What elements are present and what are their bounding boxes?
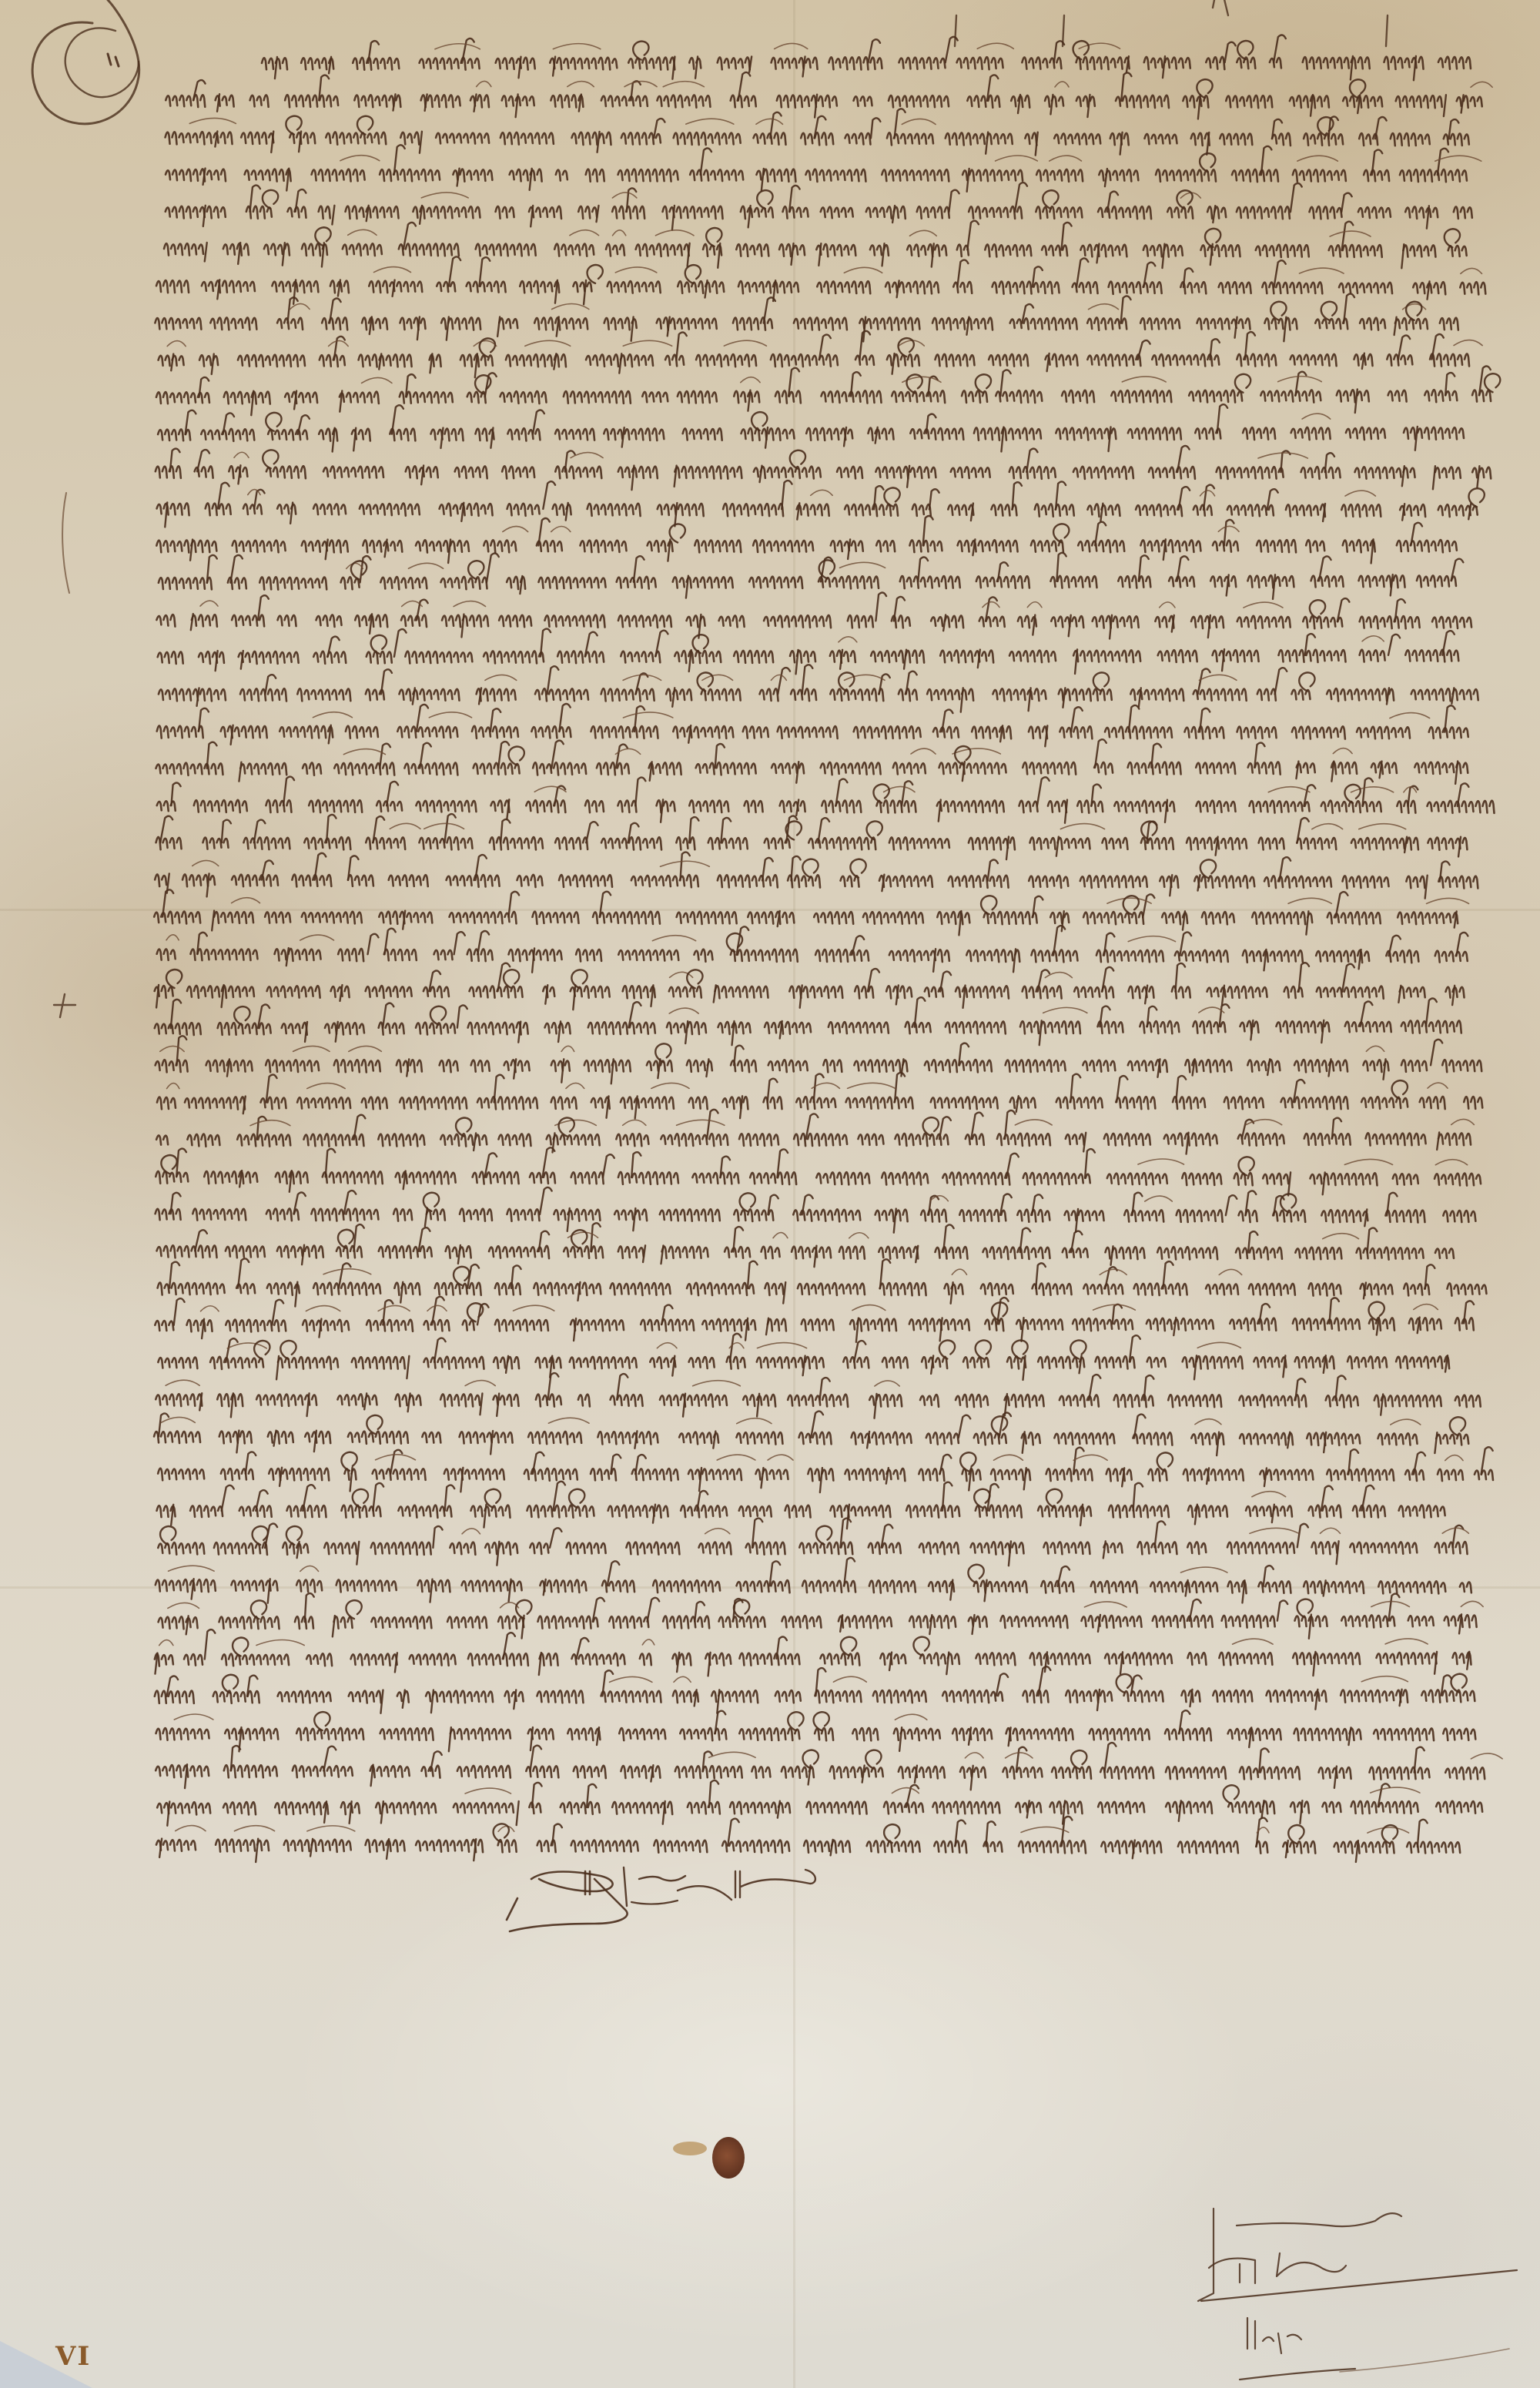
manuscript-text-block: [0, 0, 1540, 2388]
wax-smear: [673, 2142, 707, 2155]
folio-number: VI: [55, 2341, 91, 2372]
wax-seal: [712, 2137, 745, 2179]
